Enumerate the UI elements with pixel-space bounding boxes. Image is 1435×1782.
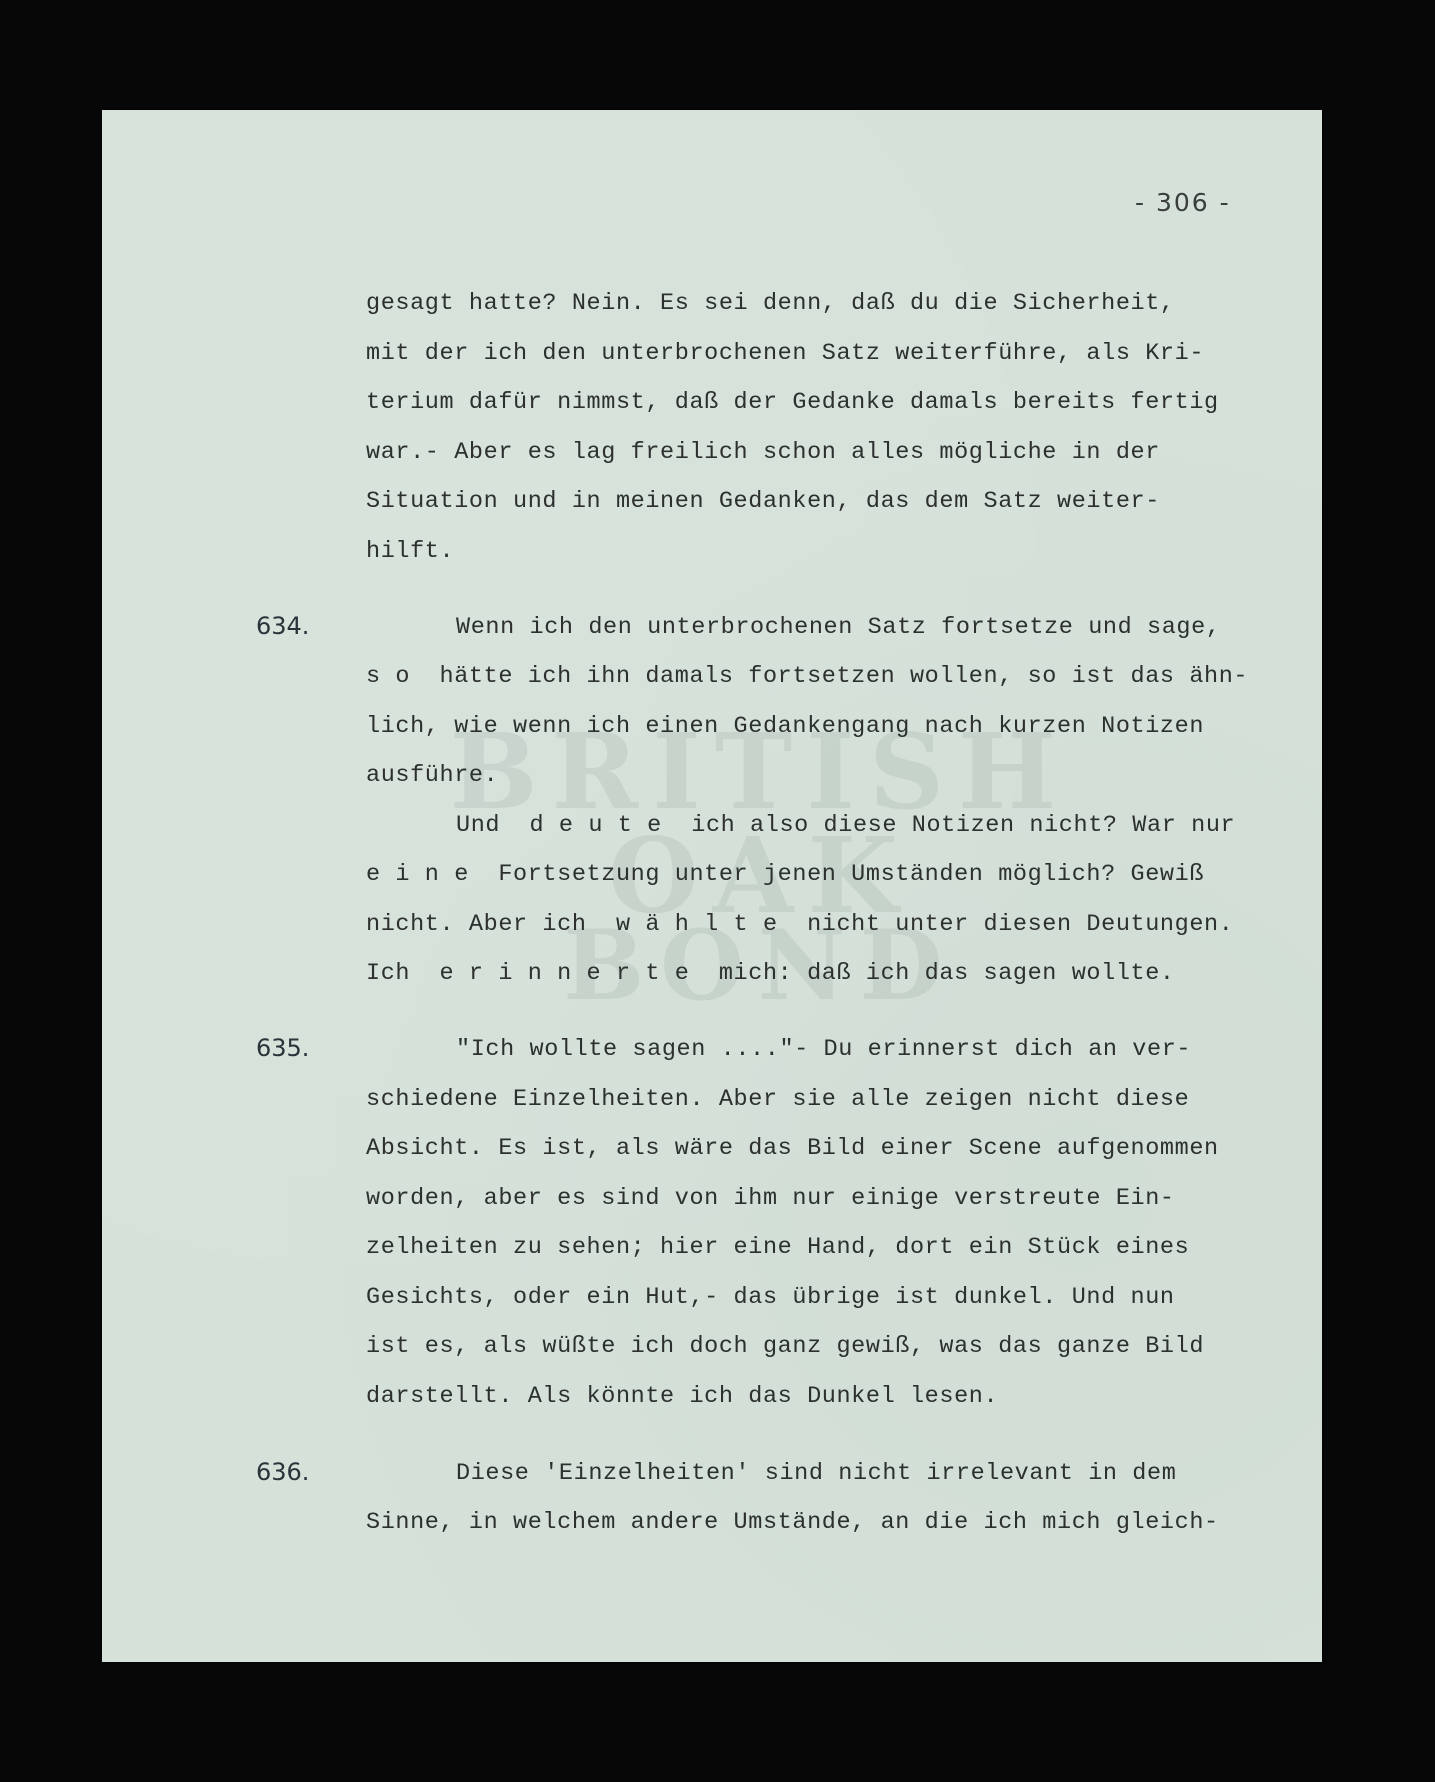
- text-line: war.- Aber es lag freilich schon alles m…: [366, 439, 1160, 466]
- text-line: darstellt. Als könnte ich das Dunkel les…: [366, 1383, 998, 1410]
- text-line: Ich e r i n n e r t e mich: daß ich das …: [366, 960, 1175, 987]
- text-line: e i n e Fortsetzung unter jenen Umstände…: [366, 861, 1204, 888]
- text-line: ist es, als wüßte ich doch ganz gewiß, w…: [366, 1333, 1204, 1360]
- text-line: Sinne, in welchem andere Umstände, an di…: [366, 1509, 1219, 1536]
- remark-number: 636.: [256, 1458, 309, 1486]
- text-line: worden, aber es sind von ihm nur einige …: [366, 1185, 1175, 1212]
- remark-number: 634.: [256, 612, 309, 640]
- text-line: hilft.: [366, 538, 454, 565]
- text-line: "Ich wollte sagen ...."- Du erinnerst di…: [456, 1036, 1191, 1063]
- text-line: Situation und in meinen Gedanken, das de…: [366, 488, 1160, 515]
- text-line: schiedene Einzelheiten. Aber sie alle ze…: [366, 1086, 1189, 1113]
- text-line: Und d e u t e ich also diese Notizen nic…: [456, 812, 1235, 839]
- text-line: nicht. Aber ich w ä h l t e nicht unter …: [366, 911, 1233, 938]
- text-line: gesagt hatte? Nein. Es sei denn, daß du …: [366, 290, 1175, 317]
- text-line: Gesichts, oder ein Hut,- das übrige ist …: [366, 1284, 1175, 1311]
- text-line: lich, wie wenn ich einen Gedankengang na…: [366, 713, 1204, 740]
- text-line: mit der ich den unterbrochenen Satz weit…: [366, 340, 1204, 367]
- text-line: Absicht. Es ist, als wäre das Bild einer…: [366, 1135, 1219, 1162]
- text-line: Diese 'Einzelheiten' sind nicht irreleva…: [456, 1460, 1176, 1487]
- text-line: zelheiten zu sehen; hier eine Hand, dort…: [366, 1234, 1189, 1261]
- text-line: Wenn ich den unterbrochenen Satz fortset…: [456, 614, 1221, 641]
- page-number: - 306 -: [1135, 188, 1231, 217]
- remark-number: 635.: [256, 1034, 309, 1062]
- text-line: terium dafür nimmst, daß der Gedanke dam…: [366, 389, 1219, 416]
- text-line: s o hätte ich ihn damals fortsetzen woll…: [366, 663, 1248, 690]
- text-line: ausführe.: [366, 762, 498, 789]
